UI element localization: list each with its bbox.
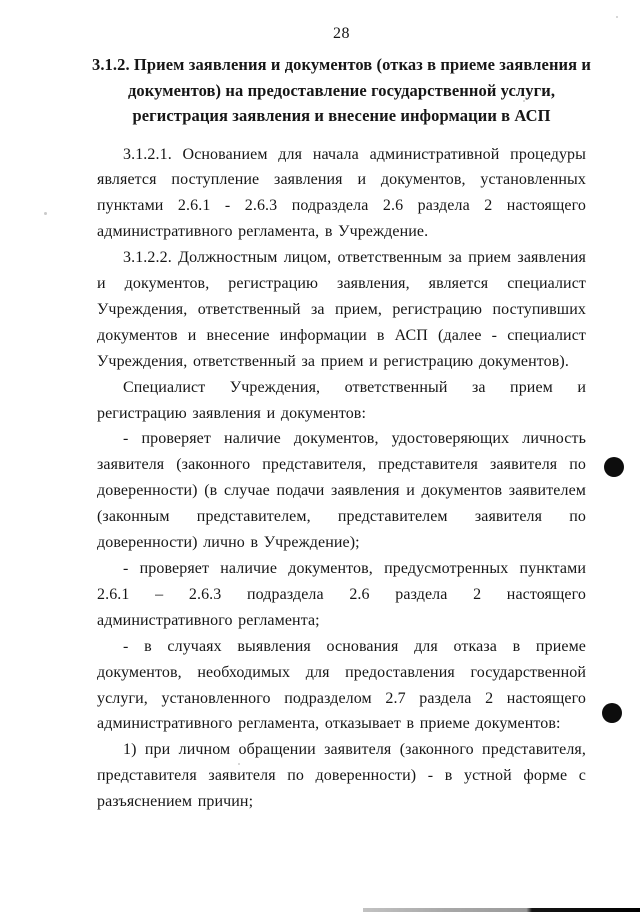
paragraph-specialist-intro: Специалист Учреждения, ответственный за … — [97, 375, 586, 427]
paragraph-check-identity-docs: - проверяет наличие документов, удостове… — [97, 426, 586, 556]
hole-punch-mark-bottom — [602, 703, 622, 723]
page-number: 28 — [97, 22, 586, 46]
paragraph-refusal-grounds: - в случаях выявления основания для отка… — [97, 634, 586, 738]
hole-punch-mark-top — [604, 457, 624, 477]
scan-speck — [616, 16, 618, 18]
scan-speck — [238, 763, 240, 765]
paragraph-refusal-in-person: 1) при личном обращении заявителя (закон… — [97, 737, 586, 815]
document-page: 28 3.1.2. Прием заявления и документов (… — [0, 0, 640, 914]
paragraph-3121: 3.1.2.1. Основанием для начала администр… — [97, 142, 586, 246]
paragraph-3122: 3.1.2.2. Должностным лицом, ответственны… — [97, 245, 586, 375]
page-content: 28 3.1.2. Прием заявления и документов (… — [97, 22, 586, 815]
paragraph-check-required-docs: - проверяет наличие документов, предусмо… — [97, 556, 586, 634]
scan-speck — [523, 100, 525, 102]
scan-speck — [44, 212, 47, 215]
section-heading: 3.1.2. Прием заявления и документов (отк… — [85, 52, 598, 129]
scan-speck — [435, 748, 437, 750]
scan-edge-artifact — [363, 908, 640, 912]
